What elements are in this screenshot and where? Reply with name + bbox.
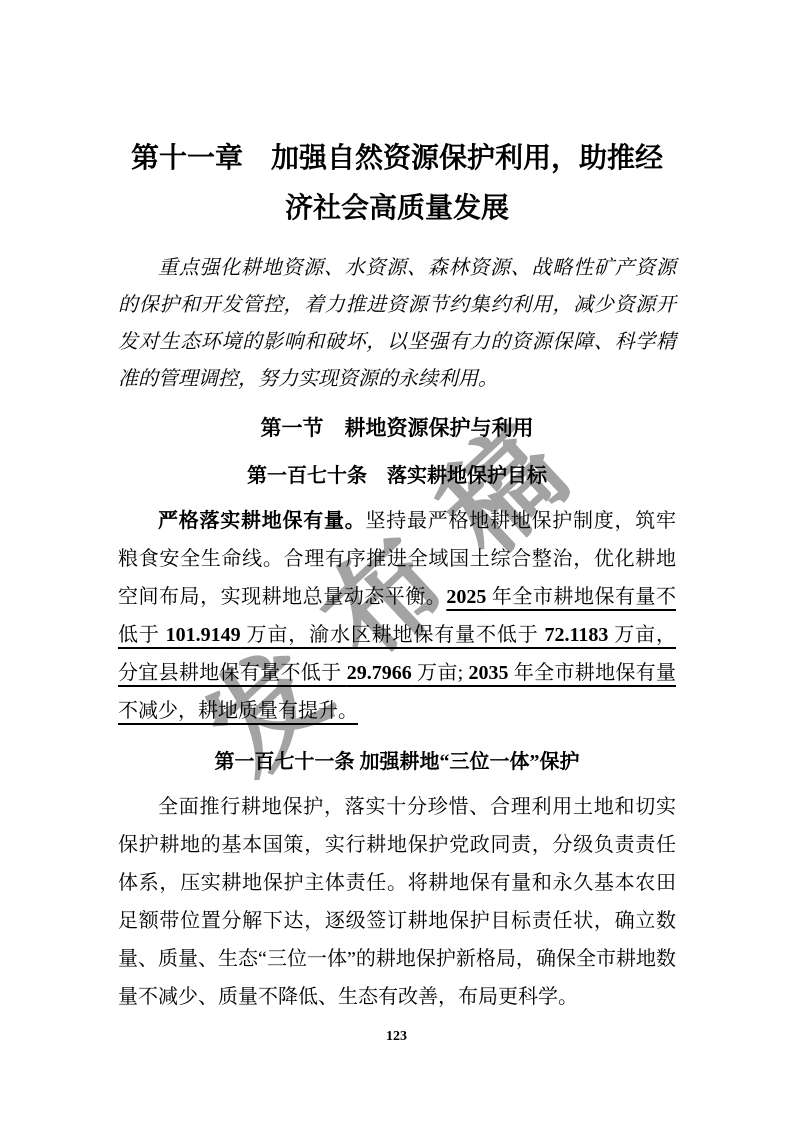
document-page: 发布稿 第十一章 加强自然资源保护利用，助推经济社会高质量发展 重点强化耕地资源… [0, 0, 793, 1122]
article-170-heading: 第一百七十条 落实耕地保护目标 [118, 461, 676, 491]
underlined-bold-value: 72.1183 [545, 624, 609, 646]
article-171-paragraph: 全面推行耕地保护，落实十分珍惜、合理利用土地和切实保护耕地的基本国策，实行耕地保… [118, 788, 676, 1016]
chapter-intro-paragraph: 重点强化耕地资源、水资源、森林资源、战略性矿产资源的保护和开发管控，着力推进资源… [118, 250, 676, 398]
article-170-paragraph: 严格落实耕地保有量。坚持最严格地耕地保护制度，筑牢粮食安全生命线。合理有序推进全… [118, 502, 676, 730]
underlined-bold-value: 2035 [469, 662, 509, 684]
underlined-text: 万亩，渝水区耕地保有量不低于 [241, 624, 545, 646]
underlined-bold-value: 101.9149 [166, 624, 241, 646]
underlined-bold-value: 2025 [446, 586, 486, 608]
chapter-title: 第十一章 加强自然资源保护利用，助推经济社会高质量发展 [118, 134, 676, 234]
underlined-bold-value: 29.7966 [347, 662, 412, 684]
section-title: 第一节 耕地资源保护与利用 [118, 414, 676, 444]
page-content: 第十一章 加强自然资源保护利用，助推经济社会高质量发展 重点强化耕地资源、水资源… [0, 134, 793, 1016]
underlined-text: 万亩; [412, 662, 469, 684]
page-number: 123 [0, 1029, 793, 1045]
article-171-heading: 第一百七十一条 加强耕地“三位一体”保护 [118, 747, 676, 777]
article-170-bold-lead: 严格落实耕地保有量。 [158, 510, 366, 532]
